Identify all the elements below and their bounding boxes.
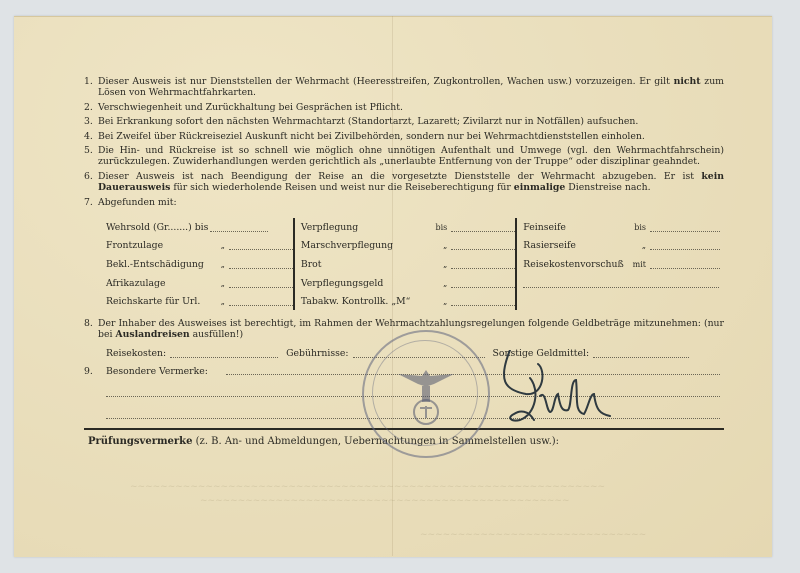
allowance-row: Frontzulage„ [106,237,293,256]
fill-in-line[interactable] [650,241,720,250]
instruction-item-4: 4. Bei Zweifel über Rückreiseziel Auskun… [84,131,724,142]
pruefungsvermerke-heading: Prüfungsvermerke (z. B. An- und Abmeldun… [88,436,559,447]
show-through-text: ~~~~~~~~~~~~~~~~~~~~~~~~~~~~~~~~~~~~~~~~… [200,496,570,506]
fill-in-line[interactable] [229,241,293,250]
section-7-heading: 7. Abgefunden mit: [84,197,724,208]
allowance-column-2: Verpflegungbis Marschverpflegung„ Brot„ … [293,218,515,310]
instruction-item-1: 1. Dieser Ausweis ist nur Dienststellen … [84,76,724,99]
allowance-row: Rasierseife„ [523,237,720,256]
fill-in-line[interactable] [229,260,293,269]
official-stamp [362,330,490,458]
reisekosten-label: Reisekosten: [106,348,166,359]
gebuehrnisse-label: Gebührnisse: [286,348,348,359]
handwritten-signature [480,350,630,434]
eagle-emblem-icon [388,362,464,440]
allowance-row: Wehrsold (Gr.......) bis [106,218,293,237]
allowance-row: Bekl.-Entschädigung„ [106,255,293,274]
allowance-row [523,274,720,293]
fill-in-line[interactable] [451,297,515,306]
instruction-item-5: 5. Die Hin- und Rückreise ist so schnell… [84,145,724,168]
allowance-row: Marschverpflegung„ [301,237,515,256]
allowance-row: Feinseifebis [523,218,720,237]
allowance-row: Brot„ [301,255,515,274]
fill-in-line[interactable] [451,223,515,232]
instruction-item-6: 6. Dieser Ausweis ist nach Beendigung de… [84,171,724,194]
instruction-item-3: 3. Bei Erkrankung sofort den nächsten We… [84,116,724,127]
fill-in-line[interactable] [229,297,293,306]
fill-in-line[interactable] [650,223,720,232]
reisekosten-field[interactable] [170,349,278,358]
show-through-text: ~~~~~~~~~~~~~~~~~~~~~~~~~~~~~~~~~~~~~~~~… [130,482,605,492]
fill-in-line[interactable] [523,279,719,288]
allowance-row: Reichskarte für Url.„ [106,292,293,311]
instruction-item-2: 2. Verschwiegenheit und Zurückhaltung be… [84,102,724,113]
allowance-row: Verpflegungbis [301,218,515,237]
fill-in-line[interactable] [451,279,515,288]
fill-in-line[interactable] [229,279,293,288]
fill-in-line[interactable] [650,260,720,269]
allowance-table: Wehrsold (Gr.......) bis Frontzulage„ Be… [106,218,720,310]
fill-in-line[interactable] [210,223,268,232]
fill-in-line[interactable] [451,241,515,250]
allowance-column-3: Feinseifebis Rasierseife„ Reisekostenvor… [515,218,720,310]
allowance-row: Reisekostenvorschußmit [523,255,720,274]
allowance-row: Verpflegungsgeld„ [301,274,515,293]
allowance-column-1: Wehrsold (Gr.......) bis Frontzulage„ Be… [106,218,293,310]
show-through-text: ~~~~~~~~~~~~~~~~~~~~~~~~~~~~~~ [420,530,646,540]
allowance-row: Tabakw. Kontrollk. „M“„ [301,292,515,311]
instructions-list: 1. Dieser Ausweis ist nur Dienststellen … [84,76,724,211]
fill-in-line[interactable] [451,260,515,269]
allowance-row: Afrikazulage„ [106,274,293,293]
